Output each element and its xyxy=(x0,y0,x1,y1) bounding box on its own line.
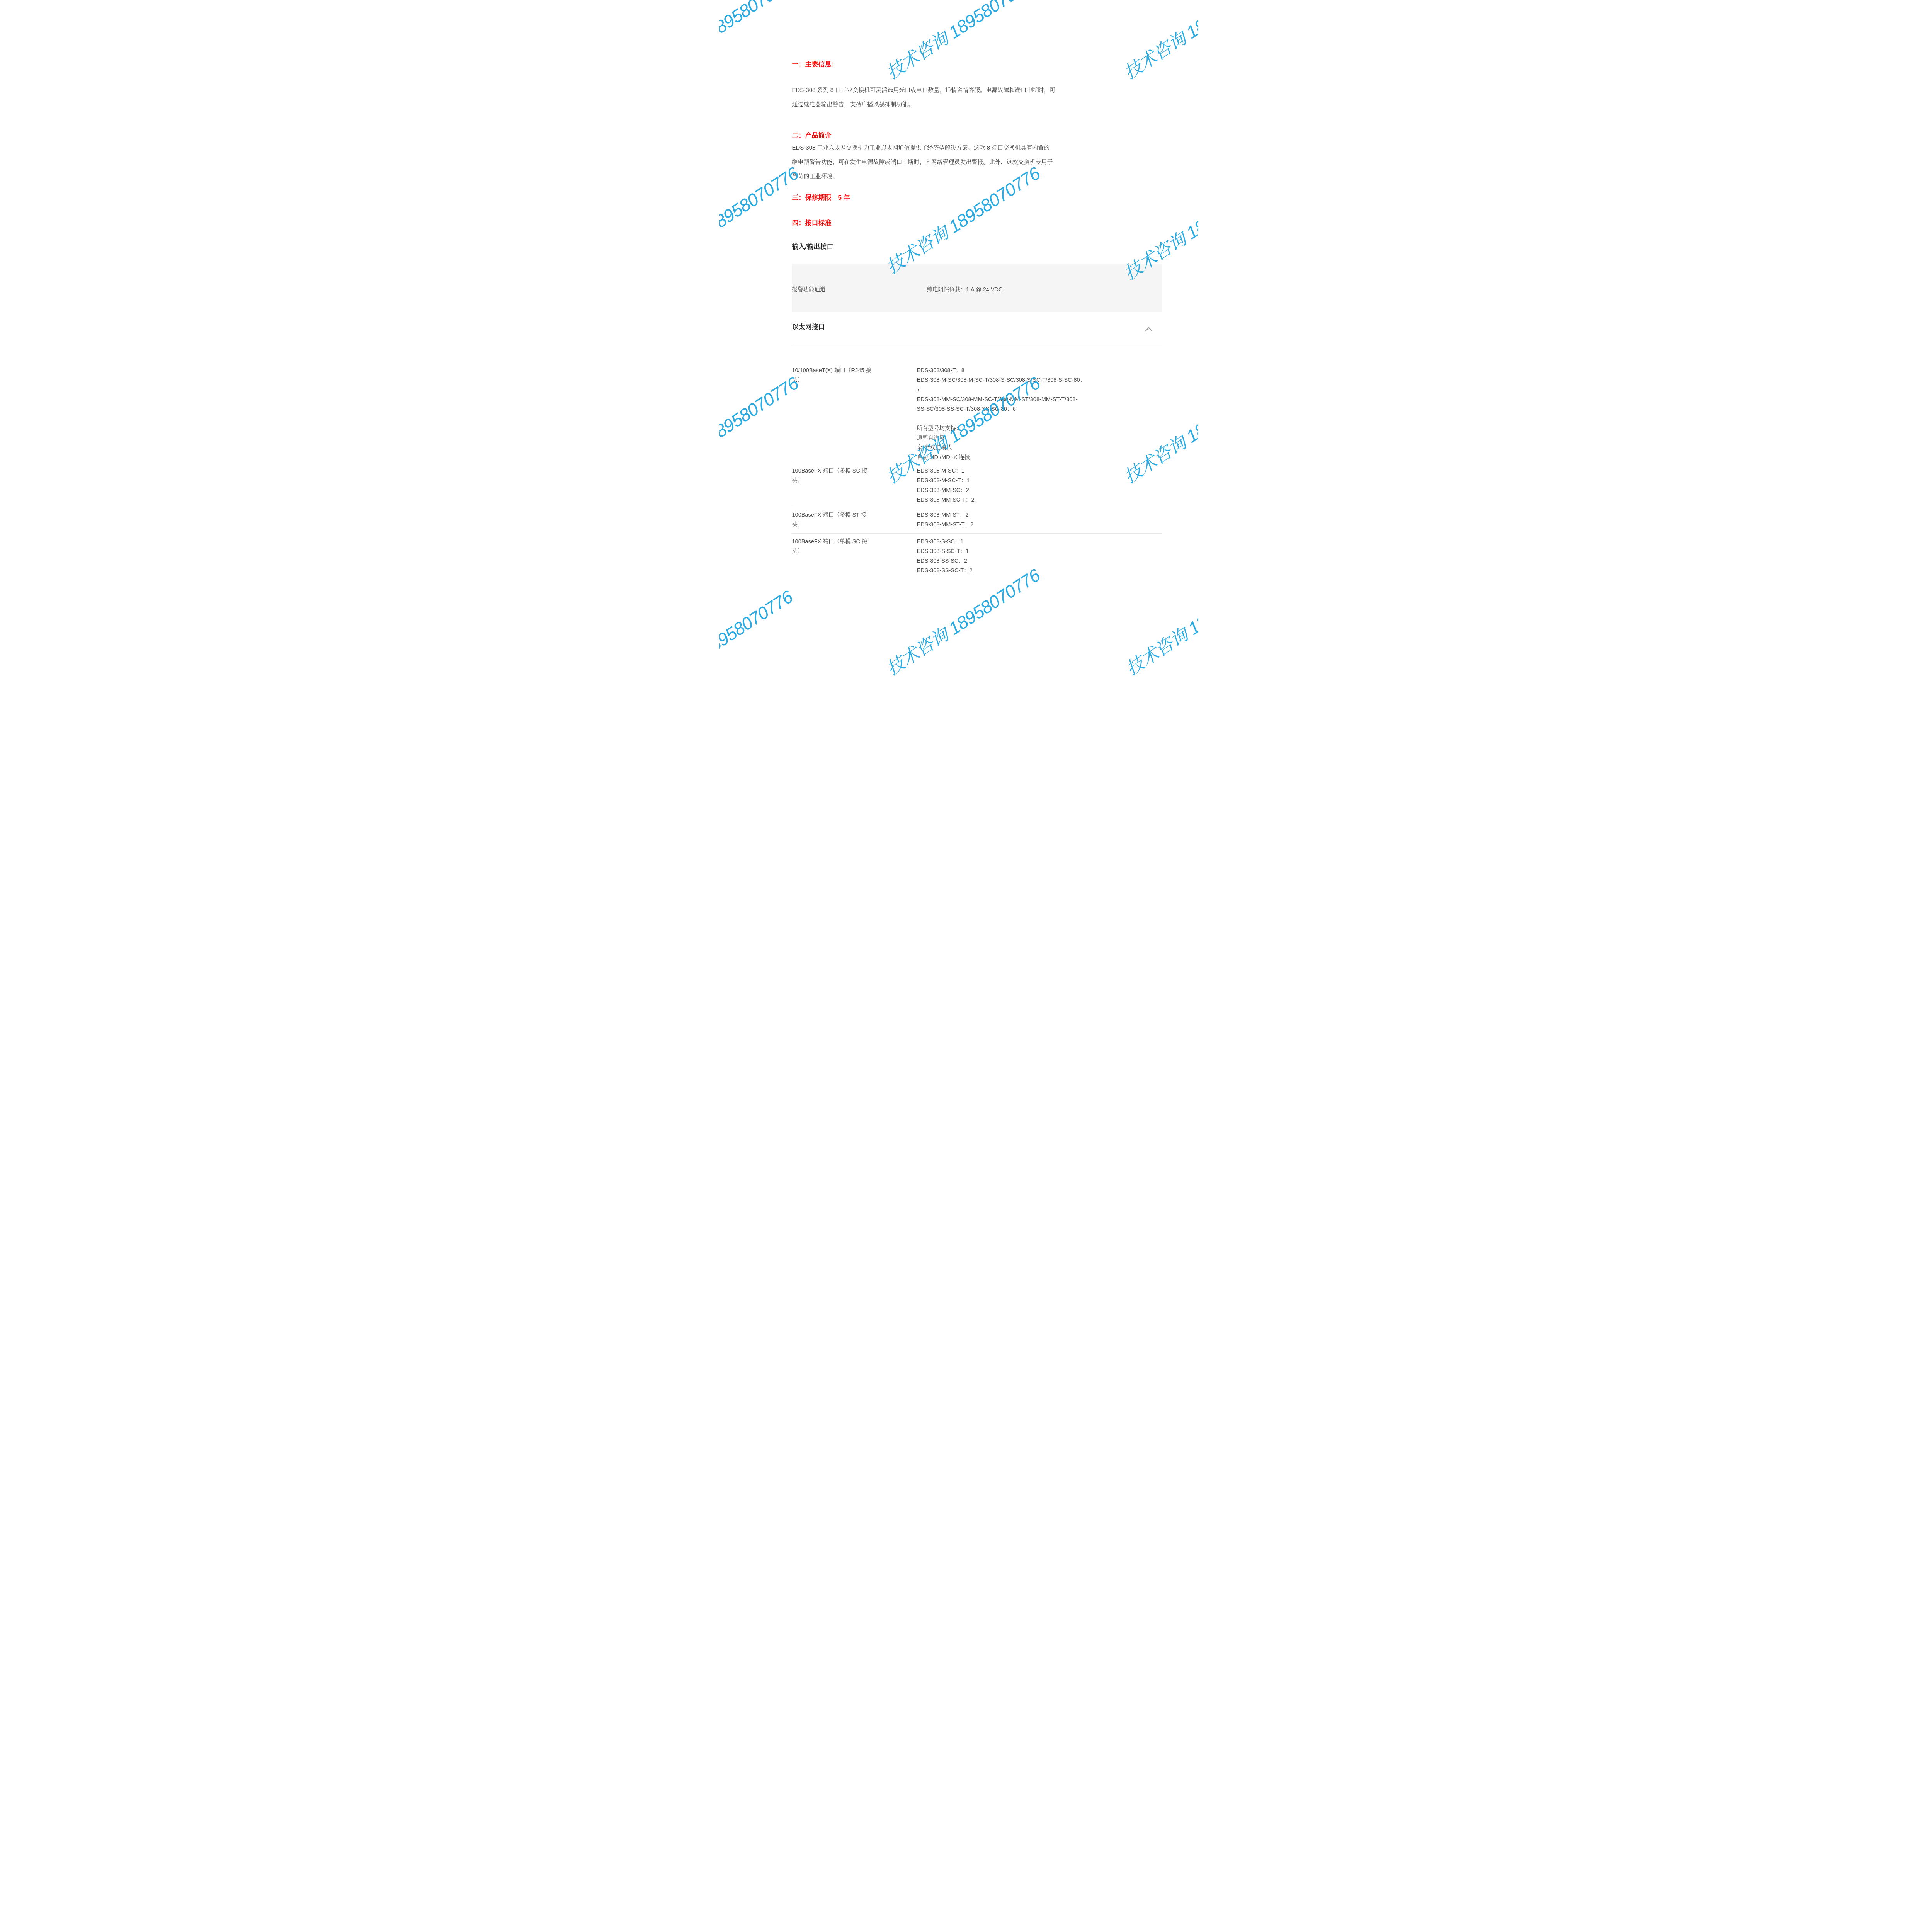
divider xyxy=(792,507,1162,507)
heading-product-intro: 二：产品简介 xyxy=(792,131,832,140)
divider xyxy=(792,463,1162,463)
divider xyxy=(792,533,1162,534)
heading-warranty: 三：保修期限 5 年 xyxy=(792,194,850,202)
ethernet-row-value: EDS-308-MM-ST：2 EDS-308-MM-ST-T：2 xyxy=(917,510,1157,530)
ethernet-row-label: 100BaseFX 端口（多模 SC 接 头） xyxy=(792,466,908,486)
chevron-up-icon[interactable] xyxy=(1145,327,1153,331)
watermark: 技术咨询 18958070776 xyxy=(1123,566,1198,678)
io-row-label: 报警功能通道 xyxy=(792,285,908,295)
watermark: 技术咨询 18958070776 xyxy=(883,0,1043,82)
watermark: 技术咨询 18958070776 xyxy=(1121,0,1198,82)
ethernet-row-label: 100BaseFX 端口（单模 SC 接 头） xyxy=(792,537,908,556)
ethernet-row-value: EDS-308-S-SC：1 EDS-308-S-SC-T：1 EDS-308-… xyxy=(917,537,1157,576)
document-page: 技术咨询 18958070776 技术咨询 18958070776 技术咨询 1… xyxy=(719,0,1198,678)
heading-main-info: 一：主要信息： xyxy=(792,60,838,69)
watermark: 技术咨询 18958070776 xyxy=(719,164,801,276)
io-table-title: 输入/输出接口 xyxy=(792,243,833,251)
watermark: 技术咨询 18958070776 xyxy=(719,0,801,82)
paragraph-main-info: EDS-308 系列 8 口工业交换机可灵活选用光口或电口数量，详情咨情客服。电… xyxy=(792,83,1179,112)
watermark: 技术咨询 18958070776 xyxy=(719,374,801,486)
paragraph-product-intro: EDS-308 工业以太网交换机为工业以太网通信提供了经济型解决方案。这款 8 … xyxy=(792,141,1179,184)
ethernet-row-value: EDS-308-M-SC：1 EDS-308-M-SC-T：1 EDS-308-… xyxy=(917,466,1157,505)
ethernet-row-value: EDS-308/308-T：8 EDS-308-M-SC/308-M-SC-T/… xyxy=(917,366,1157,463)
io-row-value: 纯电阻性负载：1 A @ 24 VDC xyxy=(927,285,1167,295)
ethernet-row-label: 10/100BaseT(X) 端口（RJ45 接 头） xyxy=(792,366,908,385)
watermark: 技术咨询 18958070776 xyxy=(883,566,1043,678)
heading-interface-standard: 四：接口标准 xyxy=(792,219,832,228)
ethernet-row-label: 100BaseFX 端口（多模 ST 接 头） xyxy=(792,510,908,530)
divider xyxy=(792,344,1162,344)
ethernet-table-title: 以太网接口 xyxy=(792,323,825,332)
watermark: 技术咨询 18958070776 xyxy=(719,588,796,678)
